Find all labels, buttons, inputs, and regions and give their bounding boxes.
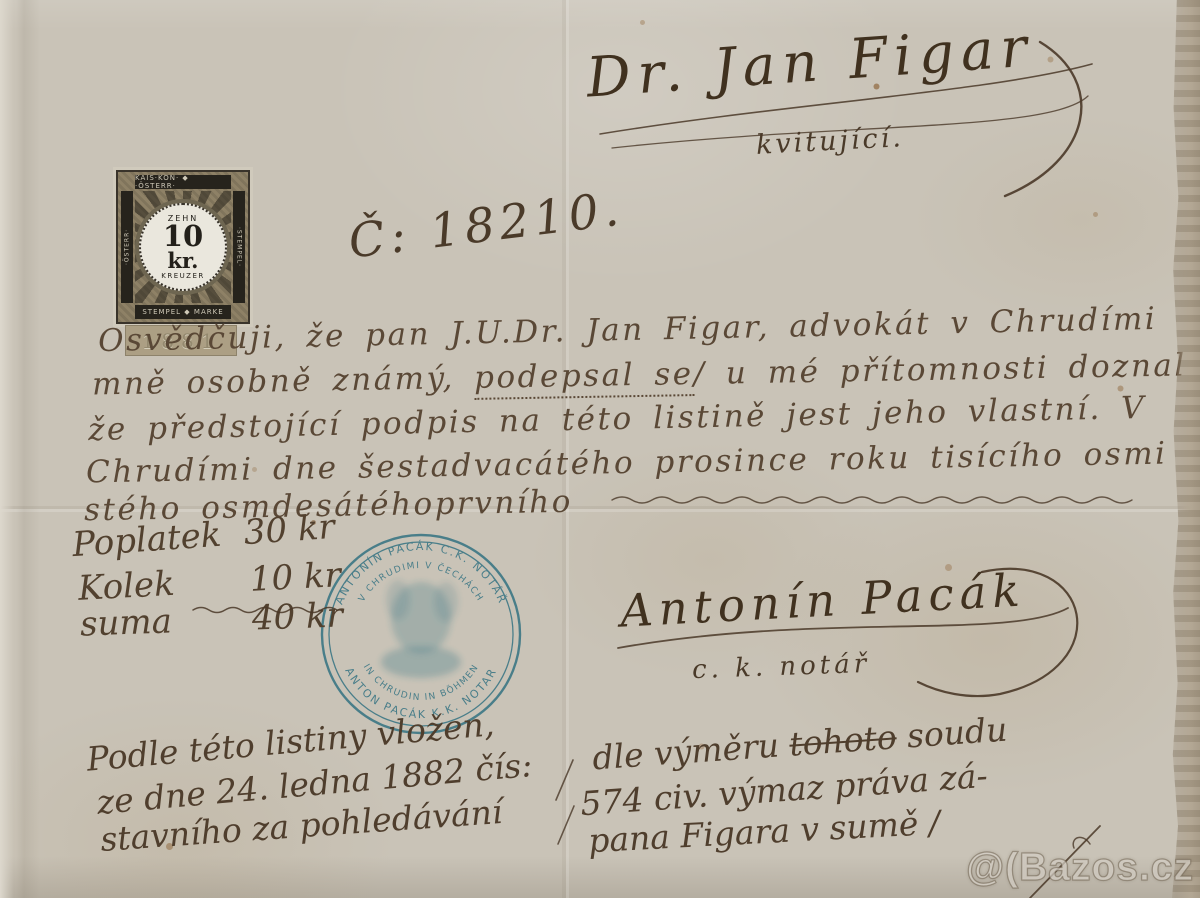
fee-row-suma: suma40 kr	[79, 595, 343, 644]
stamp-value-unit: kr.	[168, 250, 199, 271]
stamp-value-circle: ZEHN 10 kr. KREUZER	[139, 203, 227, 291]
footer-right-1c: soudu	[895, 710, 1008, 757]
signature-figar: Dr. Jan Figar	[584, 14, 1035, 109]
svg-text:ANTONÍN PACÁK C.K. NOTÁŘ: ANTONÍN PACÁK C.K. NOTÁŘ	[333, 540, 510, 606]
eagle-emblem	[381, 580, 461, 678]
body-line-2c: / u mé přítomnosti doznal	[693, 347, 1187, 392]
footer-right-1a: dle výměru	[591, 725, 791, 778]
watermark-bazos: @(Bazos.cz	[966, 846, 1194, 890]
seal-arc-bottom-inner: IN CHRUDIN IN BÖHMEN	[361, 663, 481, 704]
fee-value-kolek: 10 kr	[249, 555, 342, 600]
footer-slash-mark-1	[556, 760, 573, 800]
stamp-value-number: 10	[163, 223, 203, 249]
stamp-bottom-band: STEMPEL ◆ MARKE	[135, 305, 231, 319]
stamp-value-word-bottom: KREUZER	[161, 272, 204, 280]
footer-slash-mark-2	[558, 806, 574, 844]
seal-inner-ring	[329, 542, 513, 726]
signature-pacak-title: c. k. notář	[692, 649, 871, 685]
stamp-right-band: ·STEMPEL·	[233, 191, 245, 303]
signature-figar-subscript: kvitující.	[755, 122, 904, 161]
svg-text:IN CHRUDIN IN BÖHMEN: IN CHRUDIN IN BÖHMEN	[361, 663, 481, 704]
seal-arc-top-outer: ANTONÍN PACÁK C.K. NOTÁŘ	[333, 540, 510, 606]
document-photo: Dr. Jan Figar kvitující. Č: 18210. KAIS·…	[0, 0, 1200, 898]
fill-wavy-line	[612, 497, 1132, 503]
seal-arc-top-inner: V CHRUDIMI V ČECHÁCH	[357, 561, 485, 604]
signature-pacak: Antonín Pacák	[619, 563, 1027, 637]
seal-outer-ring	[322, 535, 520, 733]
foxing-specks	[0, 0, 3, 3]
stamp-top-band: KAIS·KÖN· ◆ ·ÖSTERR·	[135, 175, 231, 189]
fee-value-suma: 40 kr	[251, 595, 343, 638]
revenue-stamp-body: KAIS·KÖN· ◆ ·ÖSTERR· ·ÖSTERR· ·STEMPEL· …	[116, 170, 250, 324]
stamp-left-band: ·ÖSTERR·	[121, 191, 133, 303]
footer-right-struck-word: tohoto	[788, 717, 898, 763]
document-number: Č: 18210.	[346, 181, 627, 269]
fee-label-suma: suma	[79, 599, 252, 645]
svg-text:V CHRUDIMI V ČECHÁCH: V CHRUDIMI V ČECHÁCH	[357, 561, 485, 604]
body-line-2a: mně osobně známý,	[92, 360, 475, 403]
body-line-2-underdotted: podepsal se	[474, 356, 694, 400]
fee-value-poplatek: 30 kr	[243, 507, 337, 553]
